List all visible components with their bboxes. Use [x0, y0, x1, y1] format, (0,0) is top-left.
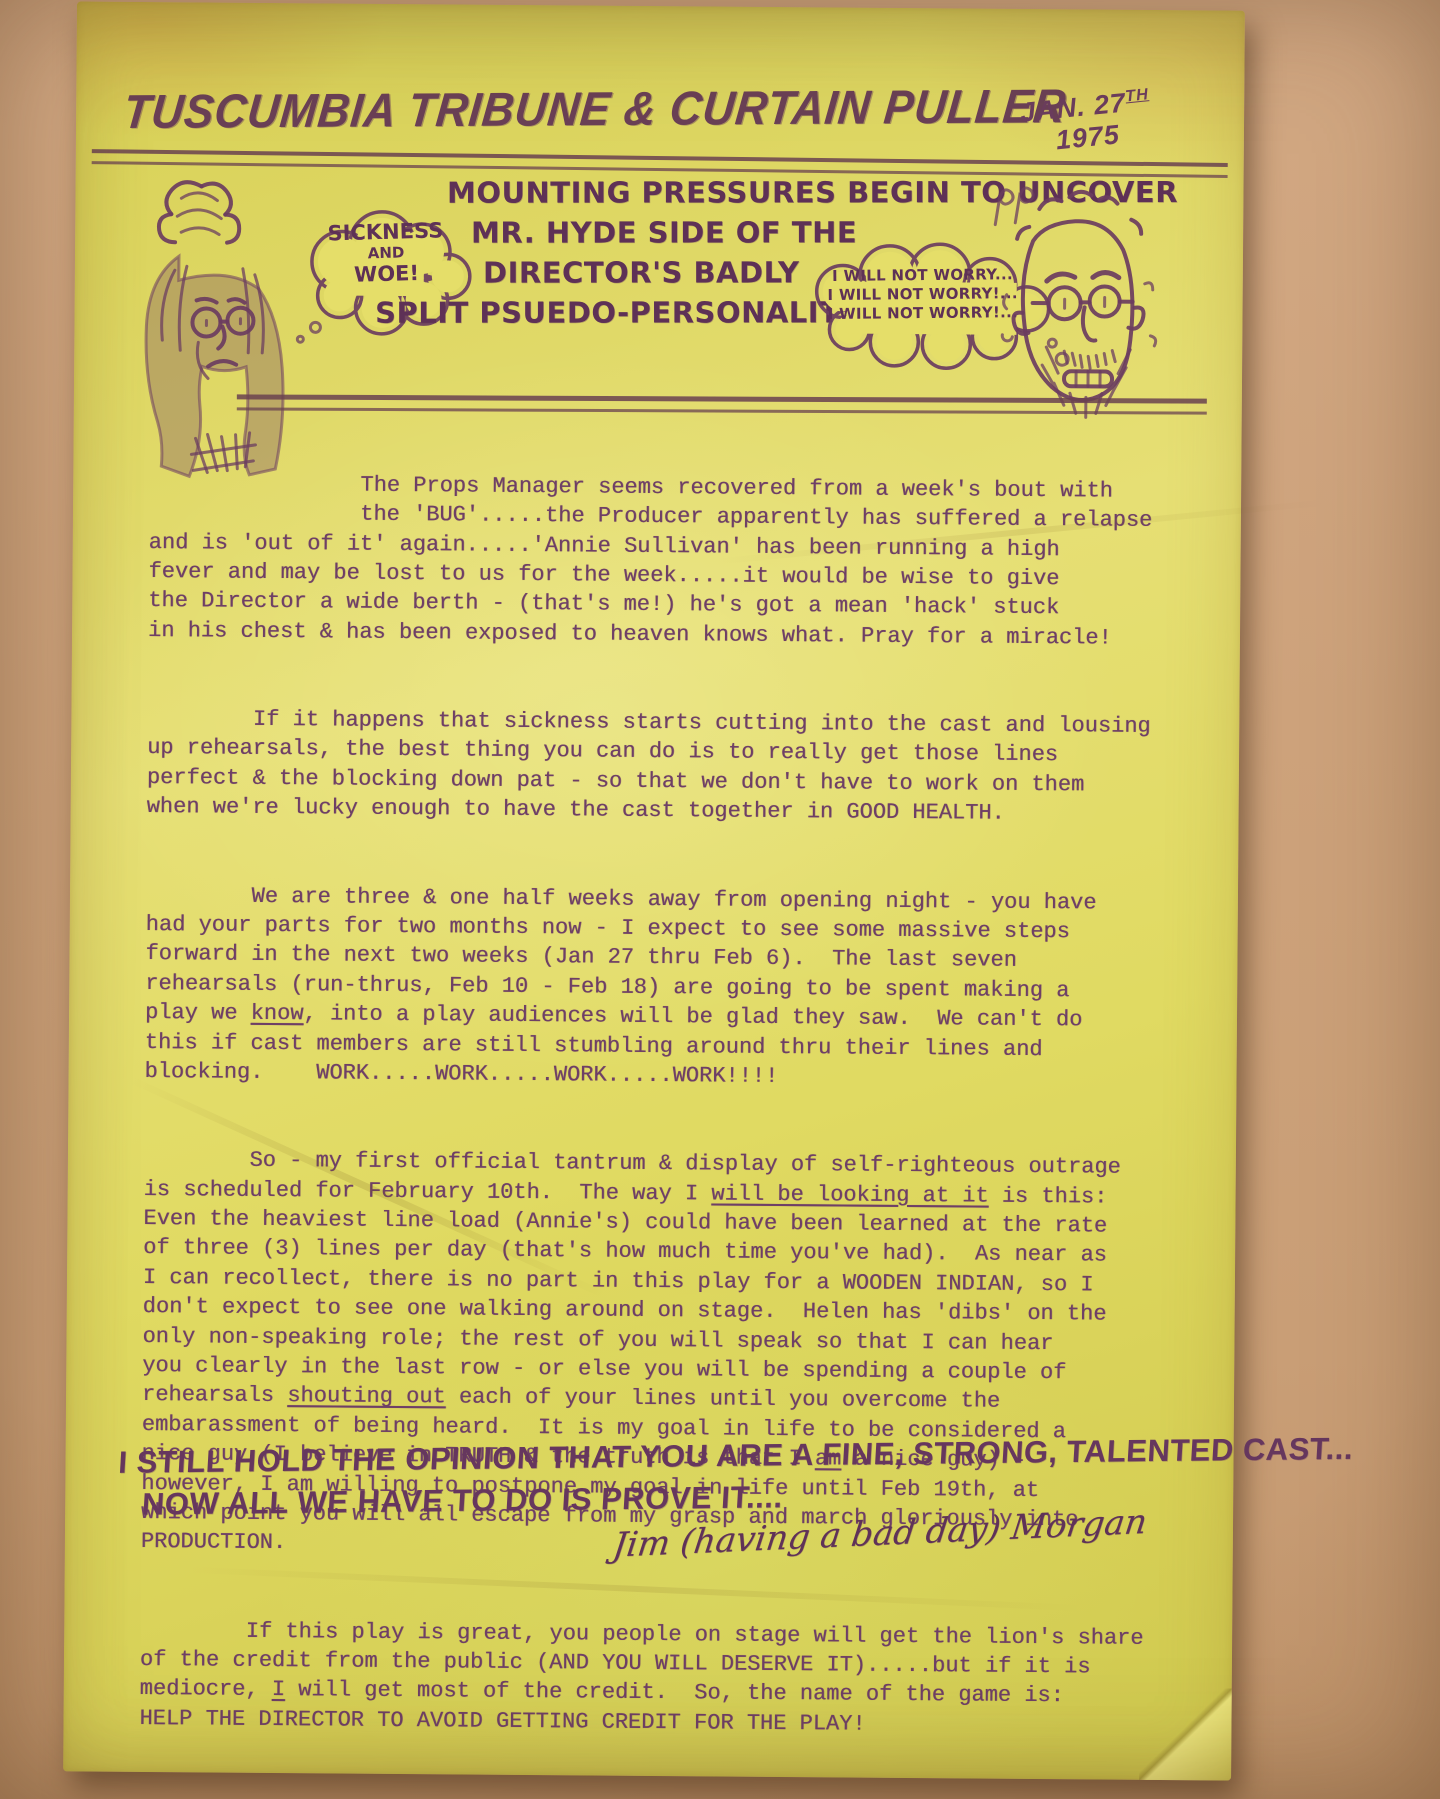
paragraph-3: We are three & one half weeks away from … — [144, 881, 1176, 1095]
issue-date-day: JAN. 27TH — [1019, 85, 1151, 127]
paper-corner-fold — [1139, 1688, 1232, 1781]
paragraph-1: The Props Manager seems recovered from a… — [148, 469, 1179, 654]
paragraph-5: If this play is great, you people on sta… — [139, 1616, 1170, 1742]
issue-date-year: 1975 — [1054, 119, 1121, 155]
headline-line-1: MOUNTING PRESSURES BEGIN TO UNCOVER — [447, 172, 1055, 213]
photo-background: TUSCUMBIA TRIBUNE & CURTAIN PULLER JAN. … — [0, 0, 1440, 1799]
paragraph-2: If it happens that sickness starts cutti… — [147, 704, 1178, 830]
newsletter-page: TUSCUMBIA TRIBUNE & CURTAIN PULLER JAN. … — [63, 1, 1245, 1780]
issue-date-ordinal: TH — [1124, 85, 1149, 105]
letter-body: The Props Manager seems recovered from a… — [139, 410, 1180, 1799]
page-title: TUSCUMBIA TRIBUNE & CURTAIN PULLER — [121, 80, 1069, 140]
